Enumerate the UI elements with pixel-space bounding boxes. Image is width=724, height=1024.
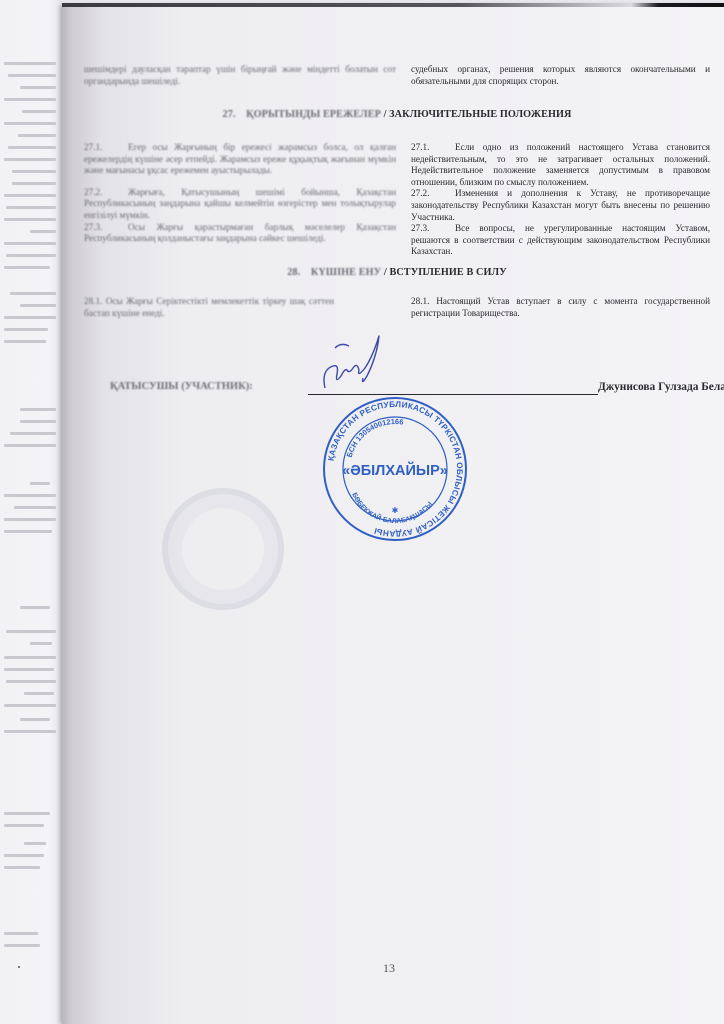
clause-27-1-ru: 27.1.Если одно из положений настоящего У… [411,142,710,188]
carryover-kz: шешімдері дауласқан тараптар үшін бірыңғ… [84,64,396,87]
clause-28-1-kz: 28.1. Осы Жарғы Серіктестікті мемлекетті… [84,296,334,319]
faint-stamp-impression [162,488,284,610]
section-27-kz: 27.1.Егер осы Жарғының бір ережесі жарам… [84,142,396,245]
carryover-ru: судебных органах, решения которых являют… [411,64,710,87]
svg-text:«ӘБІЛХАЙЫР»: «ӘБІЛХАЙЫР» [342,461,448,479]
clause-27-3-kz: 27.3.Осы Жарғы қарастырмаған барлық мәсе… [84,222,396,245]
clause-27-1-kz: 27.1.Егер осы Жарғының бір ережесі жарам… [84,142,396,177]
section-27-heading: 27. ҚОРЫТЫНДЫ ЕРЕЖЕЛЕР / ЗАКЛЮЧИТЕЛЬНЫЕ … [70,109,724,120]
clause-28-1-ru: 28.1. Настоящий Устав вступает в силу с … [411,296,710,319]
participant-label: ҚАТЫСУШЫ (УЧАСТНИК): [110,381,253,392]
section-28-heading: 28. КҮШІНЕ ЕНУ / ВСТУПЛЕНИЕ В СИЛУ [70,267,724,278]
clause-27-3-ru: 27.3.Все вопросы, не урегулированные нас… [411,223,710,258]
company-stamp: ҚАЗАҚСТАН РЕСПУБЛИКАСЫ ТҮРКІСТАН ОБЛЫСЫ … [315,395,475,543]
handwritten-signature [295,330,415,400]
page-number: 13 [383,961,395,976]
clause-27-2-ru: 27.2.Изменения и дополнения к Уставу, не… [411,188,710,223]
svg-text:✱: ✱ [392,506,399,515]
clause-27-2-kz: 27.2.Жарғыға, Қатысушының шешімі бойынша… [84,187,396,222]
previous-page-edge [0,0,62,1024]
participant-name: Джунисова Гулзада Беласаровна [598,381,724,393]
scan-top-edge [62,3,724,7]
section-27-ru: 27.1.Если одно из положений настоящего У… [411,142,710,258]
